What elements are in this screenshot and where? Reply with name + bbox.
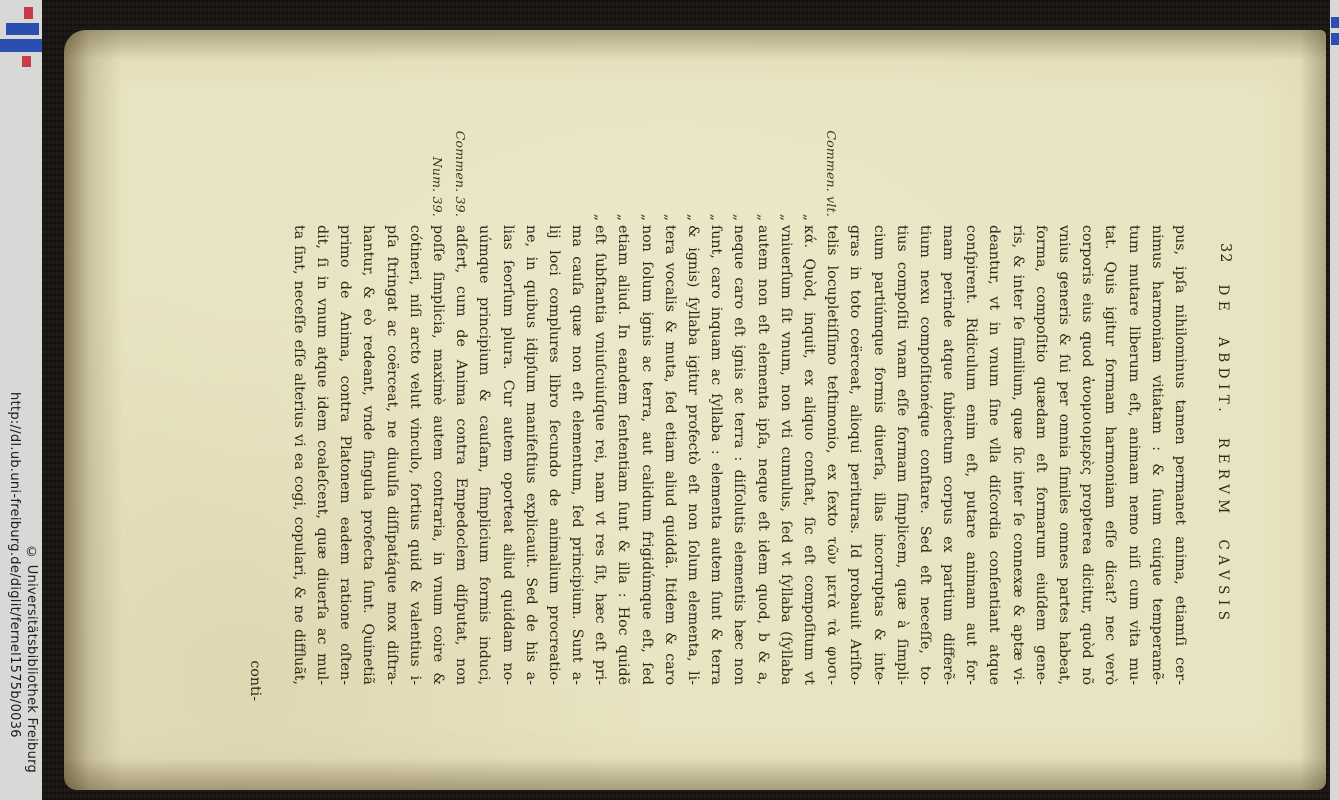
text-line: lij loci complures libro ſecundo de anim… bbox=[542, 225, 565, 685]
quote-mark: „ bbox=[750, 214, 773, 221]
page-header: 32 DE ABDIT. RERVM CAVSIS bbox=[1208, 225, 1234, 685]
quote-mark: „ bbox=[611, 214, 634, 221]
text-line: cium partiúmque formis diuerſa, illas in… bbox=[866, 225, 889, 685]
ub-freiburg-logo-fragment bbox=[1330, 17, 1339, 53]
source-url: http://dl.ub.uni-freiburg.de/diglit/fern… bbox=[7, 392, 22, 738]
line-text: tium nexu compoſitionéque conſtare. Sed … bbox=[917, 225, 933, 685]
line-text: conſpirent. Ridiculum enim eſt, putare a… bbox=[963, 225, 979, 685]
line-text: ta ſint, neceſſe eſſe alterius vi ea cog… bbox=[291, 225, 307, 685]
text-line: tum mutare liberum eſt, animam nemo niſi… bbox=[1121, 225, 1144, 685]
logo-fragment-blue-bar-bottom bbox=[1331, 33, 1339, 45]
text-line: dit, ſi in vnum atque idem coaleſcent, q… bbox=[310, 225, 333, 685]
text-line: „ ſunt, caro inquam ac ſyllaba : element… bbox=[704, 225, 727, 685]
text-line: ne, in quibus idipſum manifeſtius explic… bbox=[519, 225, 542, 685]
line-text: non ſolum ignis ac terra, aut calidum fr… bbox=[639, 225, 655, 685]
text-line: conſpirent. Ridiculum enim eſt, putare a… bbox=[959, 225, 982, 685]
text-line: primo de Anima, contra Platonem eadem ra… bbox=[333, 225, 356, 685]
line-text: mam perinde atque ſubiectum corpus ex pa… bbox=[940, 225, 956, 685]
text-line: „ neque caro eſt ignis ac terra : diſſol… bbox=[727, 225, 750, 685]
logo-fragment-blue-bar-top bbox=[1331, 17, 1339, 28]
text-line: ta ſint, neceſſe eſſe alterius vi ea cog… bbox=[287, 225, 310, 685]
margin-note: Commen. 39. bbox=[449, 131, 472, 217]
line-text: adſert, cum de Anima contra Empedoclem d… bbox=[453, 225, 469, 685]
text-line: mam perinde atque ſubiectum corpus ex pa… bbox=[936, 225, 959, 685]
text-line: forma, compoſitio quædam eſt formarum ei… bbox=[1029, 225, 1052, 685]
ub-freiburg-logo bbox=[0, 4, 42, 70]
line-text: tat. Quis igitur formam harmoniam eſſe d… bbox=[1102, 225, 1118, 685]
line-text: primo de Anima, contra Platonem eadem ra… bbox=[337, 225, 353, 685]
text-line: Num. 39. poſſe ſimplicia, maximè autem c… bbox=[426, 225, 449, 685]
line-text: lias ſeorſum plura. Cur autem oporteat a… bbox=[500, 225, 516, 685]
margin-note: Commen. vlt. bbox=[820, 130, 843, 217]
text-line: „ vniuerſum ſit vnum, non vti cumulus, ſ… bbox=[774, 225, 797, 685]
line-text: pſa ſtringat ac coërceat, ne diuulſa diſ… bbox=[384, 225, 400, 685]
line-text: lij loci complures libro ſecundo de anim… bbox=[546, 225, 562, 685]
text-line: tius compoſiti vnam eſſe formam ſimplice… bbox=[890, 225, 913, 685]
scan-viewer: http://dl.ub.uni-freiburg.de/diglit/fern… bbox=[0, 0, 1339, 800]
quote-mark: „ bbox=[634, 214, 657, 221]
text-line: pſa ſtringat ac coërceat, ne diuulſa diſ… bbox=[379, 225, 402, 685]
line-text: & ignis) ſyllaba igitur profectò eſt non… bbox=[685, 225, 701, 685]
line-text: eſt ſubſtantia vniuſcuiuſque rei, nam vt… bbox=[592, 225, 608, 685]
text-line: Commen. 39. adſert, cum de Anima contra … bbox=[449, 225, 472, 685]
page-number: 32 bbox=[1217, 243, 1233, 263]
body-text: pus, ipſa nihilominus tamen permanet ani… bbox=[287, 225, 1191, 685]
text-line: pus, ipſa nihilominus tamen permanet ani… bbox=[1168, 225, 1191, 685]
line-text: ne, in quibus idipſum manifeſtius explic… bbox=[523, 225, 539, 685]
logo-red-block-bottom bbox=[22, 56, 31, 67]
quote-mark: „ bbox=[774, 214, 797, 221]
line-text: neque caro eſt ignis ac terra : diſſolut… bbox=[731, 225, 747, 685]
line-text: autem non eſt elementa ipſa, neque eſt i… bbox=[755, 225, 771, 685]
line-text: tera vocalis & muta, ſed etiam aliud qui… bbox=[662, 225, 678, 685]
quote-mark: „ bbox=[797, 214, 820, 221]
logo-blue-bar-short bbox=[6, 23, 39, 35]
text-line: „ eſt ſubſtantia vniuſcuiuſque rei, nam … bbox=[588, 225, 611, 685]
text-line: „ etiam aliud. In eandem ſententiam ſunt… bbox=[611, 225, 634, 685]
page-content-rotated: 32 DE ABDIT. RERVM CAVSIS pus, ipſa nihi… bbox=[64, 30, 1326, 790]
line-text: tum mutare liberum eſt, animam nemo niſi… bbox=[1126, 225, 1142, 685]
quote-mark: „ bbox=[704, 214, 727, 221]
logo-red-block-top bbox=[24, 7, 33, 19]
line-text: ma cauſa quæ non eſt elementum, ſed prin… bbox=[569, 225, 585, 685]
line-text: κά. Quòd, inquit, ex aliquo conſtat, ſic… bbox=[801, 225, 817, 685]
line-text: forma, compoſitio quædam eſt formarum ei… bbox=[1033, 225, 1049, 685]
text-line: tat. Quis igitur formam harmoniam eſſe d… bbox=[1098, 225, 1121, 685]
text-line: „ tera vocalis & muta, ſed etiam aliud q… bbox=[658, 225, 681, 685]
book-page-scan: 32 DE ABDIT. RERVM CAVSIS pus, ipſa nihi… bbox=[64, 30, 1326, 790]
text-line: cótineri, niſi arcto velut vinculo, fort… bbox=[403, 225, 426, 685]
text-line: nimus harmoniam vitiatam : & ſuum cuique… bbox=[1145, 225, 1168, 685]
line-text: hantur, & eò redeant, vnde ſingula profe… bbox=[360, 225, 376, 685]
text-line: tium nexu compoſitionéque conſtare. Sed … bbox=[913, 225, 936, 685]
line-text: deantur, vt in vnum ſine vlla diſcordia … bbox=[987, 225, 1003, 685]
text-line: hantur, & eò redeant, vnde ſingula profe… bbox=[356, 225, 379, 685]
line-text: pus, ipſa nihilominus tamen permanet ani… bbox=[1172, 225, 1188, 685]
line-text: tius compoſiti vnam eſſe formam ſimplice… bbox=[894, 225, 910, 685]
line-text: ſunt, caro inquam ac ſyllaba : elementa … bbox=[708, 225, 724, 685]
line-text: nimus harmoniam vitiatam : & ſuum cuique… bbox=[1149, 225, 1165, 685]
text-line: „ autem non eſt elementa ipſa, neque eſt… bbox=[750, 225, 773, 685]
margin-note: Num. 39. bbox=[426, 157, 449, 217]
running-head: DE ABDIT. RERVM CAVSIS bbox=[1215, 225, 1234, 685]
line-text: corporis eius quod ἀνομοιομερὲς proptere… bbox=[1079, 225, 1095, 685]
catchword: conti- bbox=[247, 225, 263, 701]
frame-strip-right bbox=[1330, 0, 1339, 800]
frame-strip-left: http://dl.ub.uni-freiburg.de/diglit/fern… bbox=[0, 0, 42, 800]
text-line: ma cauſa quæ non eſt elementum, ſed prin… bbox=[565, 225, 588, 685]
text-line: uúmque principium & cauſam, ſimplicium f… bbox=[472, 225, 495, 685]
copyright-notice: © Universitätsbibliothek Freiburg bbox=[24, 545, 39, 773]
line-text: gras in toto coërceat, alioqui perituras… bbox=[847, 225, 863, 685]
text-line: deantur, vt in vnum ſine vlla diſcordia … bbox=[982, 225, 1005, 685]
line-text: cótineri, niſi arcto velut vinculo, fort… bbox=[407, 225, 423, 685]
text-line: gras in toto coërceat, alioqui perituras… bbox=[843, 225, 866, 685]
quote-mark: „ bbox=[588, 214, 611, 221]
line-text: vniuerſum ſit vnum, non vti cumulus, ſed… bbox=[778, 225, 794, 685]
line-text: cium partiúmque formis diuerſa, illas in… bbox=[871, 225, 887, 685]
line-text: poſſe ſimplicia, maximè autem contraria,… bbox=[430, 225, 446, 685]
text-block: 32 DE ABDIT. RERVM CAVSIS pus, ipſa nihi… bbox=[247, 225, 1234, 685]
text-line: vnius generis & ſui per omnia ſimiles om… bbox=[1052, 225, 1075, 685]
text-line: „ non ſolum ignis ac terra, aut calidum … bbox=[635, 225, 658, 685]
text-line: „ & ignis) ſyllaba igitur profectò eſt n… bbox=[681, 225, 704, 685]
line-text: dit, ſi in vnum atque idem coaleſcent, q… bbox=[314, 225, 330, 685]
text-line: Commen. vlt. telis locupletiſſimo teſtim… bbox=[820, 225, 843, 685]
text-line: „ κά. Quòd, inquit, ex aliquo conſtat, ſ… bbox=[797, 225, 820, 685]
text-line: lias ſeorſum plura. Cur autem oporteat a… bbox=[495, 225, 518, 685]
quote-mark: „ bbox=[658, 214, 681, 221]
text-line: ris, & inter ſe ſimilium, quæ ſic inter … bbox=[1006, 225, 1029, 685]
text-line: corporis eius quod ἀνομοιομερὲς proptere… bbox=[1075, 225, 1098, 685]
line-text: ris, & inter ſe ſimilium, quæ ſic inter … bbox=[1010, 225, 1026, 685]
line-text: vnius generis & ſui per omnia ſimiles om… bbox=[1056, 225, 1072, 685]
line-text: etiam aliud. In eandem ſententiam ſunt &… bbox=[616, 225, 632, 685]
line-text: telis locupletiſſimo teſtimonio, ex ſext… bbox=[824, 225, 840, 685]
line-text: uúmque principium & cauſam, ſimplicium f… bbox=[476, 225, 492, 685]
logo-blue-bar-long bbox=[0, 39, 42, 52]
quote-mark: „ bbox=[727, 214, 750, 221]
quote-mark: „ bbox=[681, 214, 704, 221]
